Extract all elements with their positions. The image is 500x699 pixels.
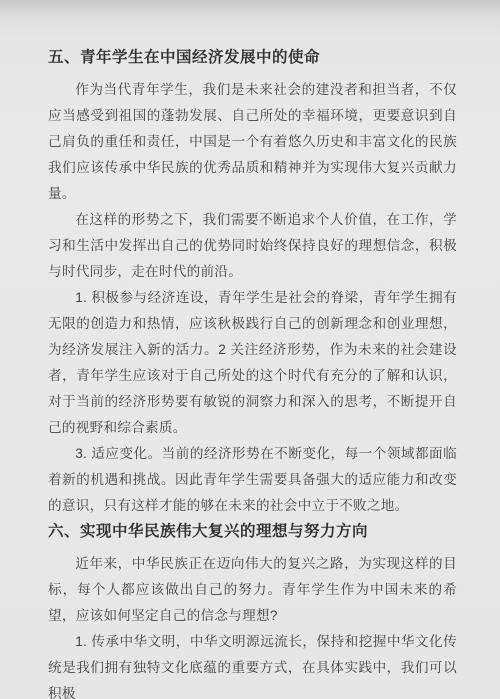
document-body: 五、青年学生在中国经济发展中的使命 作为当代青年学生，我们是未来社会的建没者和担… xyxy=(48,45,457,699)
section-5: 五、青年学生在中国经济发展中的使命 作为当代青年学生，我们是未来社会的建没者和担… xyxy=(48,45,457,519)
section-6: 六、实现中华民族伟大复兴的理想与努力方向 近年来，中华民族正在迈向伟大的复兴之路… xyxy=(48,519,457,699)
section-6-heading: 六、实现中华民族伟大复兴的理想与努力方向 xyxy=(48,519,457,545)
paragraph: 作为当代青年学生，我们是未来社会的建没者和担当者，不仅应当感受到祖国的蓬勃发展、… xyxy=(48,77,457,207)
paragraph: 1. 积极参与经济连设，青年学生是社会的脊梁，青年学生拥有无限的创造力和热情，应… xyxy=(48,285,457,441)
paragraph: 3. 适应变化。当前的经济形势在不断变化，每一个领域都面临着新的机遇和挑战。因此… xyxy=(48,441,457,519)
document-page: 五、青年学生在中国经济发展中的使命 作为当代青年学生，我们是未来社会的建没者和担… xyxy=(0,0,500,699)
section-5-heading: 五、青年学生在中国经济发展中的使命 xyxy=(48,45,457,71)
paragraph: 1. 传承中华文明，中华文明源远流长，保持和挖握中华文化传统是我们拥有独特文化底… xyxy=(48,629,457,699)
paragraph: 在这样的形势之下，我们需要不断追求个人价值，在工作，学习和生活中发挥出自己的优势… xyxy=(48,207,457,285)
paragraph: 近年来，中华民族正在迈向伟大的复兴之路，为实现这样的目标，每个人都应该做出自己的… xyxy=(48,551,457,629)
